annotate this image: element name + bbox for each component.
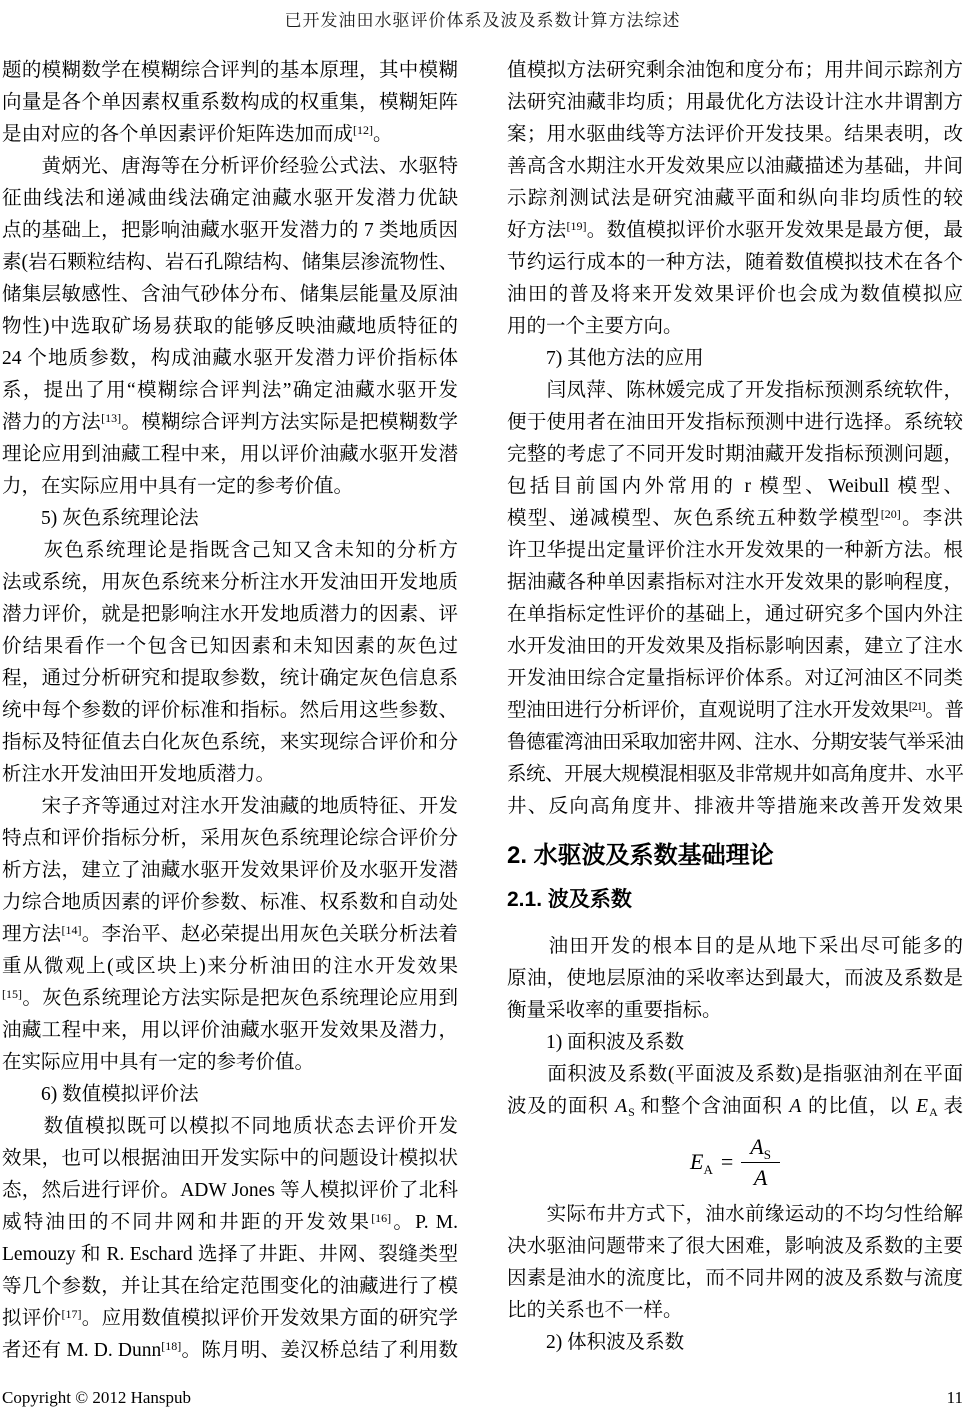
text-line: 衡量采收率的重要指标。: [507, 995, 963, 1027]
text-line: 24 个地质参数，构成油藏水驱开发潜力评价指标体: [2, 343, 458, 375]
text-line: 储集层敏感性、含油气砂体分布、储集层能量及原油: [2, 279, 458, 311]
text-line: 法研究油藏非均质；用最优化方法设计注水井谓割方: [507, 87, 963, 119]
subsection-heading: 2.1. 波及系数: [507, 885, 963, 915]
text-line: 包括目前国内外常用的 r 模型、Weibull 模型、Hubbert: [507, 471, 963, 503]
text-line: 实际布井方式下，油水前缘运动的不均匀性给解: [507, 1199, 963, 1231]
text-line: 在实际应用中具有一定的参考价值。: [2, 1047, 458, 1079]
text-line: 是由对应的各个单因素评价矩阵迭加而成[12]。: [2, 119, 458, 151]
text-line: 效果，也可以根据油田开发实际中的问题设计模拟状: [2, 1143, 458, 1175]
text-line: 特点和评价指标分析，采用灰色系统理论综合评价分: [2, 823, 458, 855]
text-line: 威特油田的不同井网和井距的开发效果[16]。P. M.: [2, 1207, 458, 1239]
text-line: 开发油田综合定量指标评价体系。对辽河油区不同类: [507, 663, 963, 695]
text-line: 素(岩石颗粒结构、岩石孔隙结构、储集层渗流物性、: [2, 247, 458, 279]
formula-denominator: A: [754, 1163, 767, 1191]
text-line: 系统、开展大规模混相驱及非常规井如高角度井、水平: [507, 759, 963, 791]
text-line: 统中每个参数的评价标准和指标。然后用这些参数、: [2, 695, 458, 727]
text-line: 重从微观上(或区块上)来分析油田的注水开发效果: [2, 951, 458, 983]
text-line: 力综合地质因素的评价参数、标准、权系数和自动处: [2, 887, 458, 919]
right-column-text-bottom: 实际布井方式下，油水前缘运动的不均匀性给解决水驱油问题带来了很大困难，影响波及系…: [507, 1199, 963, 1359]
text-line: 潜力评价，就是把影响注水开发地质潜力的因素、评: [2, 599, 458, 631]
text-line: 向量是各个单因素权重系数构成的权重集，模糊矩阵: [2, 87, 458, 119]
equals-sign: =: [721, 1149, 733, 1175]
text-line: 理论应用到油藏工程中来，用以评价油藏水驱开发潜: [2, 439, 458, 471]
text-line: 油藏工程中来，用以评价油藏水驱开发效果及潜力，: [2, 1015, 458, 1047]
text-line: 决水驱油问题带来了很大困难，影响波及系数的主要: [507, 1231, 963, 1263]
right-column: 值模拟方法研究剩余油饱和度分布；用井间示踪剂方法研究油藏非均质；用最优化方法设计…: [507, 55, 963, 1359]
left-column: 题的模糊数学在模糊综合评判的基本原理，其中模糊向量是各个单因素权重系数构成的权重…: [2, 55, 458, 1367]
text-line: Lemouzy 和 R. Eschard 选择了井距、井网、裂缝类型: [2, 1239, 458, 1271]
text-line: 程，通过分析研究和提取参数，统计确定灰色信息系: [2, 663, 458, 695]
text-line: 善高含水期注水开发效果应以油藏描述为基础，井间: [507, 151, 963, 183]
formula-numerator: AS: [741, 1134, 780, 1163]
text-line: 法或系统，用灰色系统来分析注水开发油田开发地质: [2, 567, 458, 599]
text-line: 值模拟方法研究剩余油饱和度分布；用井间示踪剂方: [507, 55, 963, 87]
text-line: 鲁德霍湾油田采取加密井网、注水、分期安装气举采油: [507, 727, 963, 759]
text-line: 者还有 M. D. Dunn[18]。陈月明、姜汉桥总结了利用数: [2, 1335, 458, 1367]
text-line: 数值模拟既可以模拟不同地质状态去评价开发: [2, 1111, 458, 1143]
formula-lhs: EA: [690, 1149, 713, 1175]
text-line: 型油田进行分析评价，直观说明了注水开发效果[21]。普: [507, 695, 963, 727]
text-line: 比的关系也不一样。: [507, 1295, 963, 1327]
text-line: 便于使用者在油田开发指标预测中进行选择。系统较: [507, 407, 963, 439]
section-heading: 2. 水驱波及系数基础理论: [507, 839, 963, 873]
text-line: 好方法[19]。数值模拟评价水驱开发效果是最方便，最: [507, 215, 963, 247]
text-line: 案；用水驱曲线等方法评价开发技果。结果表明，改: [507, 119, 963, 151]
text-line: 物性)中选取矿场易获取的能够反映油藏地质特征的: [2, 311, 458, 343]
text-line: 井、反向高角度井、排液井等措施来改善开发效果[22]。: [507, 791, 963, 823]
text-line: 原油，使地层原油的采收率达到最大，而波及系数是: [507, 963, 963, 995]
text-line: 价结果看作一个包含已知因素和未知因素的灰色过: [2, 631, 458, 663]
text-line: 征曲线法和递减曲线法确定油藏水驱开发潜力优缺: [2, 183, 458, 215]
footer: Copyright © 2012 Hanspub 11: [2, 1388, 963, 1408]
text-line: 理方法[14]。李治平、赵必荣提出用灰色关联分析法着: [2, 919, 458, 951]
text-line: 点的基础上，把影响油藏水驱开发潜力的 7 类地质因: [2, 215, 458, 247]
area-sweep-formula: EA = AS A: [507, 1133, 963, 1191]
text-line: 油田的普及将来开发效果评价也会成为数值模拟应: [507, 279, 963, 311]
text-line: 节约运行成本的一种方法，随着数值模拟技术在各个: [507, 247, 963, 279]
text-line: 闫凤萍、陈林媛完成了开发指标预测系统软件，: [507, 375, 963, 407]
text-line: 在单指标定性评价的基础上，通过研究多个国内外注: [507, 599, 963, 631]
text-line: 6) 数值模拟评价法: [2, 1079, 458, 1111]
text-line: 许卫华提出定量评价注水开发效果的一种新方法。根: [507, 535, 963, 567]
text-line: 示踪剂测试法是研究油藏平面和纵向非均质性的较: [507, 183, 963, 215]
text-line: 拟评价[17]。应用数值模拟评价开发效果方面的研究学: [2, 1303, 458, 1335]
text-line: 潜力的方法[13]。模糊综合评判方法实际是把模糊数学: [2, 407, 458, 439]
formula-fraction: AS A: [741, 1134, 780, 1191]
text-line: 1) 面积波及系数: [507, 1027, 963, 1059]
text-line: 黄炳光、唐海等在分析评价经验公式法、水驱特: [2, 151, 458, 183]
page-number: 11: [947, 1388, 963, 1408]
text-line: 模型、递减模型、灰色系统五种数学模型[20]。李洪海、: [507, 503, 963, 535]
text-line: 波及的面积 AS 和整个含油面积 A 的比值，以 EA 表示。: [507, 1091, 963, 1123]
paper-page: 已开发油田水驱评价体系及波及系数计算方法综述 题的模糊数学在模糊综合评判的基本原…: [0, 0, 965, 1414]
text-line: 7) 其他方法的应用: [507, 343, 963, 375]
copyright-text: Copyright © 2012 Hanspub: [2, 1388, 191, 1408]
text-line: 水开发油田的开发效果及指标影响因素，建立了注水: [507, 631, 963, 663]
text-line: 析注水开发油田开发地质潜力。: [2, 759, 458, 791]
text-line: [15]。灰色系统理论方法实际是把灰色系统理论应用到: [2, 983, 458, 1015]
text-line: 油田开发的根本目的是从地下采出尽可能多的: [507, 931, 963, 963]
text-line: 据油藏各种单因素指标对注水开发效果的影响程度，: [507, 567, 963, 599]
text-line: 用的一个主要方向。: [507, 311, 963, 343]
text-line: 因素是油水的流度比，而不同井网的波及系数与流度: [507, 1263, 963, 1295]
text-line: 力，在实际应用中具有一定的参考价值。: [2, 471, 458, 503]
left-column-text: 题的模糊数学在模糊综合评判的基本原理，其中模糊向量是各个单因素权重系数构成的权重…: [2, 55, 458, 1367]
right-column-text-mid: 油田开发的根本目的是从地下采出尽可能多的原油，使地层原油的采收率达到最大，而波及…: [507, 931, 963, 1123]
text-line: 面积波及系数(平面波及系数)是指驱油剂在平面上: [507, 1059, 963, 1091]
page-title: 已开发油田水驱评价体系及波及系数计算方法综述: [0, 6, 965, 31]
right-column-text-top: 值模拟方法研究剩余油饱和度分布；用井间示踪剂方法研究油藏非均质；用最优化方法设计…: [507, 55, 963, 823]
text-line: 析方法，建立了油藏水驱开发效果评价及水驱开发潜: [2, 855, 458, 887]
text-line: 完整的考虑了不同开发时期油藏开发指标预测问题，: [507, 439, 963, 471]
text-line: 题的模糊数学在模糊综合评判的基本原理，其中模糊: [2, 55, 458, 87]
text-line: 态，然后进行评价。ADW Jones 等人模拟评价了北科: [2, 1175, 458, 1207]
text-line: 宋子齐等通过对注水开发油藏的地质特征、开发: [2, 791, 458, 823]
text-line: 等几个参数，并让其在给定范围变化的油藏进行了模: [2, 1271, 458, 1303]
text-line: 灰色系统理论是指既含己知又含未知的分析方: [2, 535, 458, 567]
text-line: 指标及特征值去白化灰色系统，来实现综合评价和分: [2, 727, 458, 759]
text-line: 系，提出了用“模糊综合评判法”确定油藏水驱开发: [2, 375, 458, 407]
text-line: 5) 灰色系统理论法: [2, 503, 458, 535]
text-line: 2) 体积波及系数: [507, 1327, 963, 1359]
